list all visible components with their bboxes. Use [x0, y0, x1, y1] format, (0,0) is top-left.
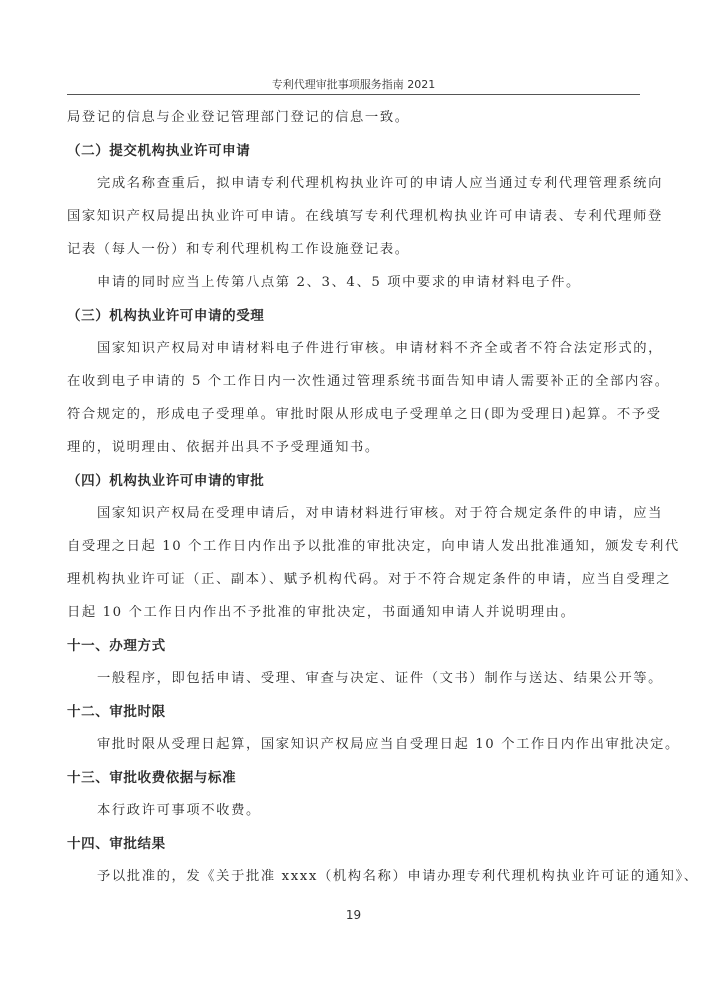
running-header: 专利代理审批事项服务指南 2021	[67, 76, 640, 92]
paragraph-line: 符合规定的，形成电子受理单。审批时限从形成电子受理单之日(即为受理日)起算。不予…	[67, 401, 642, 434]
section-heading-fee-standard: 十三、审批收费依据与标准	[67, 764, 642, 797]
paragraph-line: 予以批准的，发《关于批准 xxxx（机构名称）申请办理专利代理机构执业许可证的通…	[67, 863, 642, 896]
paragraph-line: 完成名称查重后，拟申请专利代理机构执业许可的申请人应当通过专利代理管理系统向	[67, 170, 642, 203]
paragraph-line: 记表（每人一份）和专利代理机构工作设施登记表。	[67, 236, 642, 269]
section-heading-approval: （四）机构执业许可申请的审批	[67, 467, 642, 500]
paragraph-line: 国家知识产权局提出执业许可申请。在线填写专利代理机构执业许可申请表、专利代理师登	[67, 203, 642, 236]
section-heading-result: 十四、审批结果	[67, 830, 642, 863]
page-number: 19	[0, 908, 707, 922]
paragraph-line: 审批时限从受理日起算，国家知识产权局应当自受理日起 10 个工作日内作出审批决定…	[67, 731, 642, 764]
paragraph-line: 在收到电子申请的 5 个工作日内一次性通过管理系统书面告知申请人需要补正的全部内…	[67, 368, 642, 401]
page-body: 局登记的信息与企业登记管理部门登记的信息一致。 （二）提交机构执业许可申请 完成…	[67, 104, 642, 896]
section-heading-submit-application: （二）提交机构执业许可申请	[67, 137, 642, 170]
paragraph-line: 自受理之日起 10 个工作日内作出予以批准的审批决定，向申请人发出批准通知，颁发…	[67, 533, 642, 566]
paragraph-line: 理的，说明理由、依据并出具不予受理通知书。	[67, 434, 642, 467]
paragraph-line: 局登记的信息与企业登记管理部门登记的信息一致。	[67, 104, 642, 137]
paragraph-line: 本行政许可事项不收费。	[67, 797, 642, 830]
section-heading-processing-method: 十一、办理方式	[67, 632, 642, 665]
header-divider	[67, 94, 640, 95]
paragraph-line: 国家知识产权局对申请材料电子件进行审核。申请材料不齐全或者不符合法定形式的，	[67, 335, 642, 368]
paragraph-line: 国家知识产权局在受理申请后，对申请材料进行审核。对于符合规定条件的申请，应当	[67, 500, 642, 533]
paragraph-line: 申请的同时应当上传第八点第 2、3、4、5 项中要求的申请材料电子件。	[67, 269, 642, 302]
section-heading-time-limit: 十二、审批时限	[67, 698, 642, 731]
paragraph-line: 日起 10 个工作日内作出不予批准的审批决定，书面通知申请人并说明理由。	[67, 599, 642, 632]
paragraph-line: 理机构执业许可证（正、副本）、赋予机构代码。对于不符合规定条件的申请，应当自受理…	[67, 566, 642, 599]
section-heading-acceptance: （三）机构执业许可申请的受理	[67, 302, 642, 335]
paragraph-line: 一般程序，即包括申请、受理、审查与决定、证件（文书）制作与送达、结果公开等。	[67, 665, 642, 698]
